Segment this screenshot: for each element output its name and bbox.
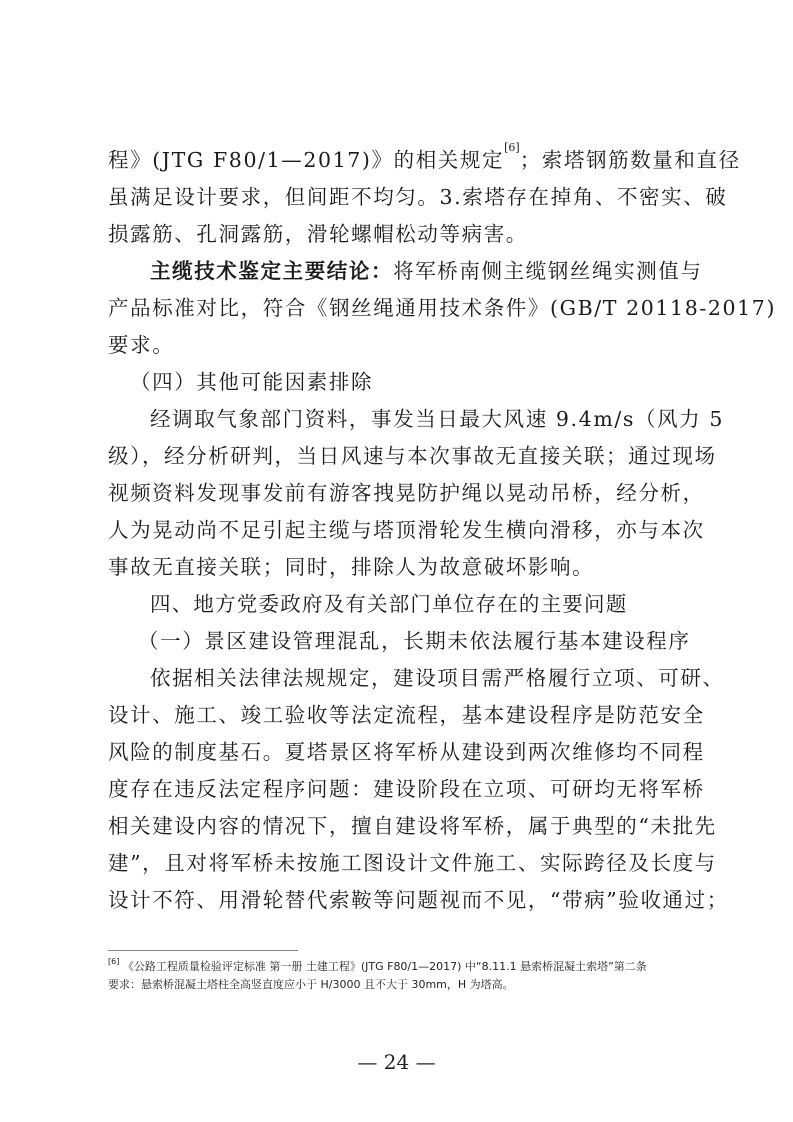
section-heading: 四、地方党委政府及有关部门单位存在的主要问题 — [108, 586, 686, 623]
paragraph-line: 设计不符、用滑轮替代索鞍等问题视而不见，“带病”验收通过； — [108, 882, 686, 919]
footnote-line: 要求：悬索桥混凝土塔柱全高竖直度应小于 H/3000 且不大于 30mm，H 为… — [108, 976, 688, 994]
paragraph-line: 依据相关法律法规规定，建设项目需严格履行立项、可研、 — [108, 660, 686, 697]
paragraph-line: 风险的制度基石。夏塔景区将军桥从建设到两次维修均不同程 — [108, 734, 686, 771]
conclusion-label: 主缆技术鉴定主要结论： — [150, 259, 393, 283]
paragraph-line: 建”，且对将军桥未按施工图设计文件施工、实际跨径及长度与 — [108, 845, 686, 882]
paragraph-line: 人为晃动尚不足引起主缆与塔顶滑轮发生横向滑移，亦与本次 — [108, 512, 686, 549]
conclusion-paragraph: 主缆技术鉴定主要结论：将军桥南侧主缆钢丝绳实测值与 — [108, 253, 686, 290]
paragraph-line: 视频资料发现事发前有游客拽晃防护绳以晃动吊桥，经分析， — [108, 475, 686, 512]
paragraph-line: 经调取气象部门资料，事发当日最大风速 9.4m/s（风力 5 — [108, 401, 686, 438]
paragraph-line: 虽满足设计要求，但间距不均匀。3.索塔存在掉角、不密实、破 — [108, 179, 686, 216]
paragraph-line: 程》(JTG F80/1—2017)》的相关规定[6]；索塔钢筋数量和直径 — [108, 142, 686, 179]
footnote-reference[interactable]: [6] — [504, 141, 520, 154]
footnote: [6] 《公路工程质量检验评定标准 第一册 土建工程》(JTG F80/1—20… — [108, 958, 688, 994]
footnote-line: [6] 《公路工程质量检验评定标准 第一册 土建工程》(JTG F80/1—20… — [108, 958, 688, 976]
footnote-divider — [108, 950, 298, 951]
paragraph-line: 设计、施工、竣工验收等法定流程，基本建设程序是防范安全 — [108, 697, 686, 734]
paragraph-line: 度存在违反法定程序问题：建设阶段在立项、可研均无将军桥 — [108, 771, 686, 808]
page-number: — 24 — — [0, 1050, 793, 1074]
paragraph-line: 损露筋、孔洞露筋，滑轮螺帽松动等病害。 — [108, 216, 686, 253]
subsection-heading: （一）景区建设管理混乱，长期未依法履行基本建设程序 — [108, 623, 686, 660]
paragraph-line: 要求。 — [108, 327, 686, 364]
subsection-heading: （四）其他可能因素排除 — [108, 364, 686, 401]
paragraph-line: 级），经分析研判，当日风速与本次事故无直接关联；通过现场 — [108, 438, 686, 475]
paragraph-line: 相关建设内容的情况下，擅自建设将军桥，属于典型的“未批先 — [108, 808, 686, 845]
footnote-marker: [6] — [108, 957, 119, 966]
paragraph-line: 产品标准对比，符合《钢丝绳通用技术条件》(GB/T 20118-2017) — [108, 290, 686, 327]
document-body: 程》(JTG F80/1—2017)》的相关规定[6]；索塔钢筋数量和直径 虽满… — [108, 142, 686, 919]
paragraph-line: 事故无直接关联；同时，排除人为故意破坏影响。 — [108, 549, 686, 586]
